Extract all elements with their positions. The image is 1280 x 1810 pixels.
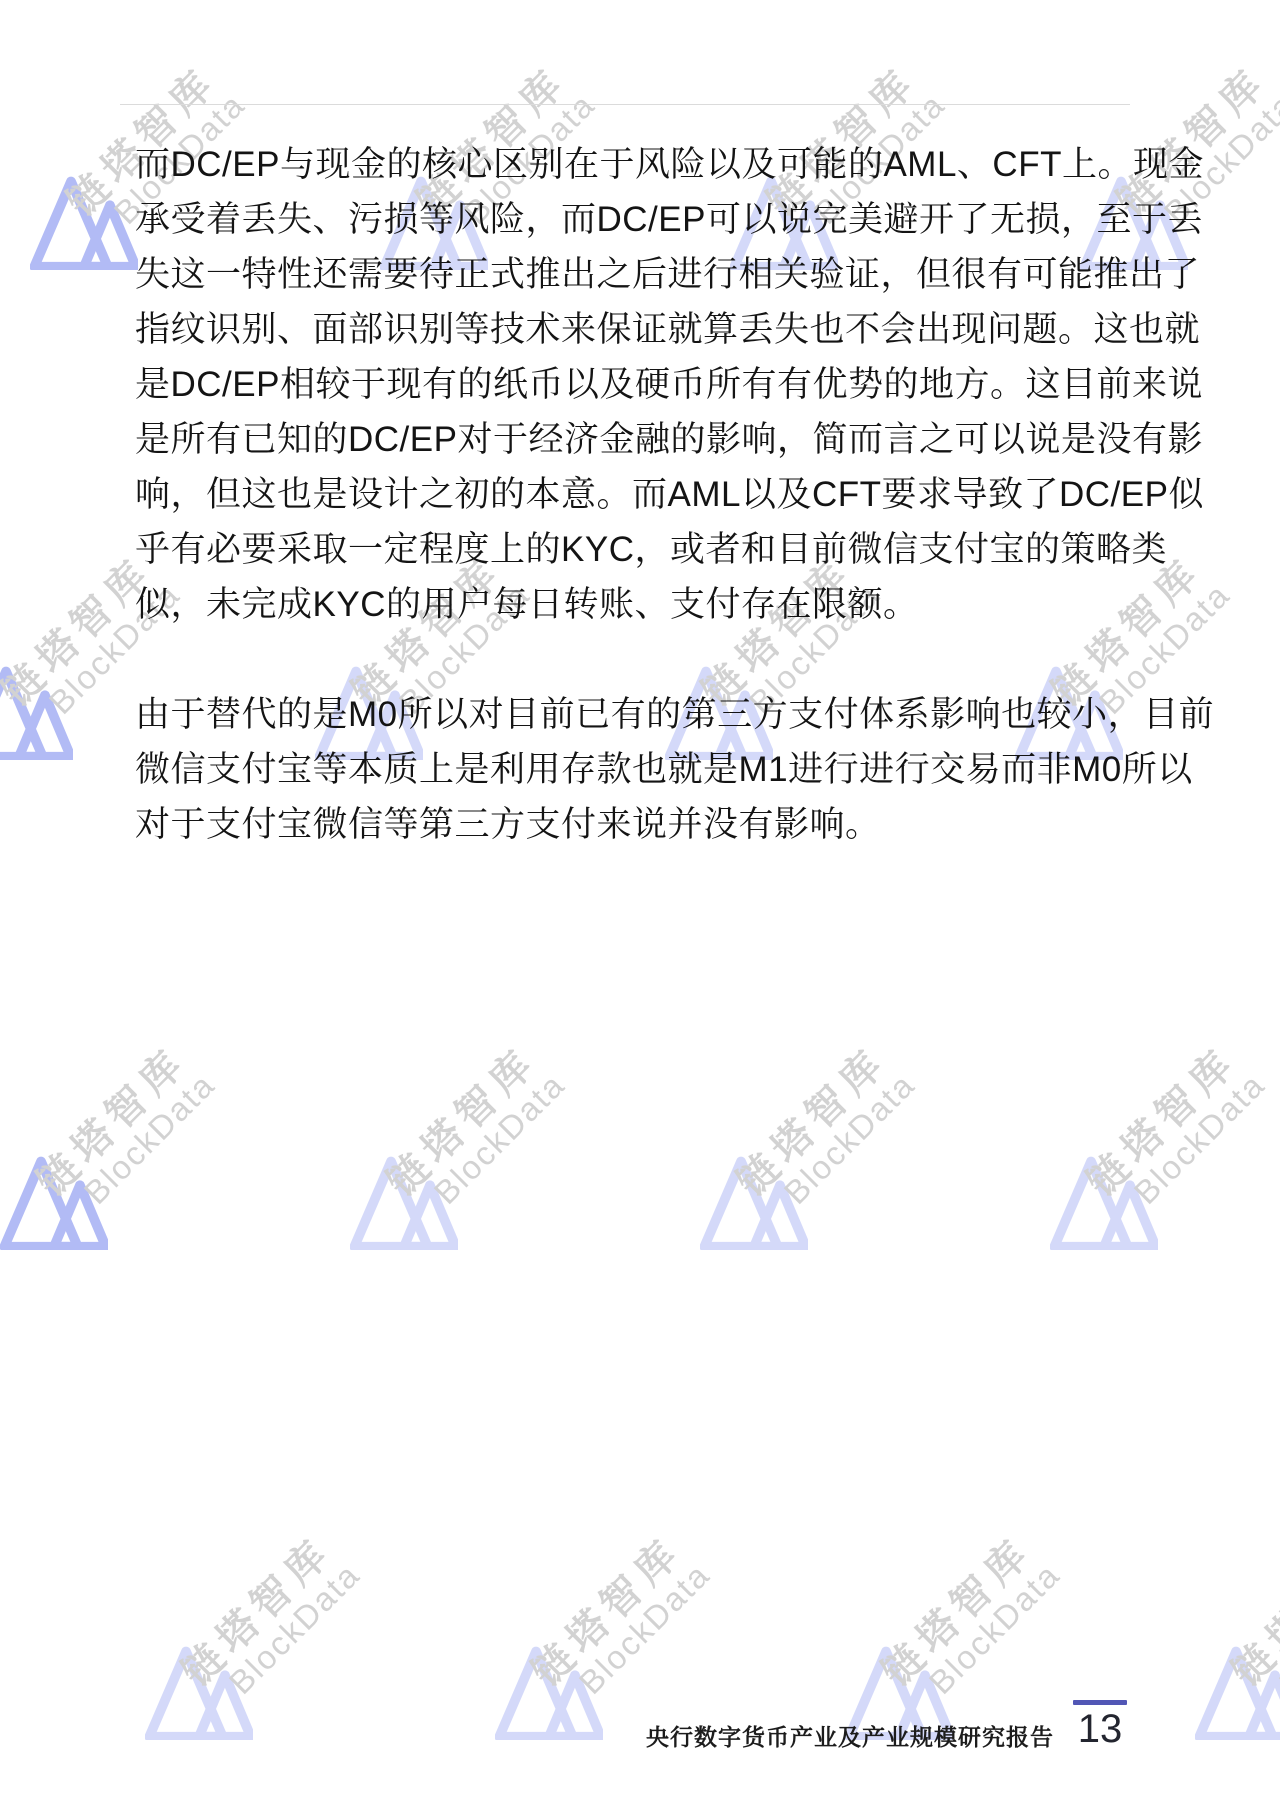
blockdata-logo-icon [1195, 1632, 1280, 1740]
blockdata-logo-icon [350, 1142, 458, 1250]
watermark-text: 链塔智库 BlockData [875, 1528, 1067, 1720]
watermark-cn-label: 链塔智库 [1225, 1528, 1280, 1695]
watermark-en-label: BlockData [778, 1067, 922, 1211]
blockdata-logo-icon [0, 1142, 108, 1250]
watermark-tile: 链塔智库 BlockData [145, 1430, 445, 1740]
text-line: 似，未完成KYC的用户每日转账、支付存在限额。 [135, 577, 1027, 632]
watermark-cn-label: 链塔智库 [525, 1528, 692, 1695]
watermark-tile: 链塔智库 BlockData [495, 1430, 795, 1740]
text-line: 微信支付宝等本质上是利用存款也就是M1进行进行交易而非M0所以 [135, 742, 1027, 797]
watermark-cn-label: 链塔智库 [730, 1038, 897, 1205]
blockdata-logo-icon [30, 162, 138, 270]
report-page: 链塔智库 BlockData 链塔智库 BlockData 链塔智库 Block… [0, 0, 1280, 1810]
watermark-text: 链塔智库 BlockData [730, 1038, 922, 1230]
watermark-cn-label: 链塔智库 [30, 1038, 197, 1205]
body-copy: 而DC/EP与现金的核心区别在于风险以及可能的AML、CFT上。现金承受着丢失、… [135, 137, 1027, 852]
watermark-en-label: BlockData [78, 1067, 222, 1211]
text-line: 对于支付宝微信等第三方支付来说并没有影响。 [135, 797, 1027, 852]
watermark-tile: 链塔智库 BlockData [1195, 1430, 1280, 1740]
watermark-cn-label: 链塔智库 [1045, 548, 1212, 715]
watermark-cn-label: 链塔智库 [380, 1038, 547, 1205]
watermark-en-label: BlockData [573, 1557, 717, 1701]
watermark-tile: 链塔智库 BlockData [0, 940, 300, 1250]
watermark-tile: 链塔智库 BlockData [1050, 940, 1280, 1250]
page-number: 13 [1072, 1707, 1128, 1751]
page-number-box: 13 [1072, 1700, 1128, 1751]
watermark-en-label: BlockData [428, 1067, 572, 1211]
text-line: 指纹识别、面部识别等技术来保证就算丢失也不会出现问题。这也就 [135, 302, 1027, 357]
watermark-en-label: BlockData [1128, 1067, 1272, 1211]
text-line: 是DC/EP相较于现有的纸币以及硬币所有有优势的地方。这目前来说 [135, 357, 1027, 412]
text-line: 乎有必要采取一定程度上的KYC，或者和目前微信支付宝的策略类 [135, 522, 1027, 577]
text-line: 是所有已知的DC/EP对于经济金融的影响，简而言之可以说是没有影 [135, 412, 1027, 467]
watermark-en-label: BlockData [923, 1557, 1067, 1701]
watermark-tile: 链塔智库 BlockData [350, 940, 650, 1250]
watermark-text: 链塔智库 BlockData [175, 1528, 367, 1720]
watermark-text: 链塔智库 BlockData [525, 1528, 717, 1720]
paragraph: 由于替代的是M0所以对目前已有的第三方支付体系影响也较小，目前微信支付宝等本质上… [135, 687, 1027, 852]
watermark-tile: 链塔智库 BlockData [700, 940, 1000, 1250]
watermark-tile: 链塔智库 BlockData [845, 1430, 1145, 1740]
text-line: 而DC/EP与现金的核心区别在于风险以及可能的AML、CFT上。现金 [135, 137, 1027, 192]
paragraph: 而DC/EP与现金的核心区别在于风险以及可能的AML、CFT上。现金承受着丢失、… [135, 137, 1027, 632]
blockdata-logo-icon [700, 1142, 808, 1250]
footer-report-title: 央行数字货币产业及产业规模研究报告 [646, 1719, 1054, 1752]
watermark-en-label: BlockData [1273, 1557, 1280, 1701]
watermark-text: 链塔智库 BlockData [1080, 1038, 1272, 1230]
header-divider [120, 104, 1130, 105]
text-line: 失这一特性还需要待正式推出之后进行相关验证，但很有可能推出了 [135, 247, 1027, 302]
blockdata-logo-icon [0, 652, 73, 760]
text-line: 由于替代的是M0所以对目前已有的第三方支付体系影响也较小，目前 [135, 687, 1027, 742]
watermark-cn-label: 链塔智库 [875, 1528, 1042, 1695]
page-number-accent-bar [1073, 1700, 1127, 1705]
watermark-en-label: BlockData [223, 1557, 367, 1701]
text-line: 响，但这也是设计之初的本意。而AML以及CFT要求导致了DC/EP似 [135, 467, 1027, 522]
blockdata-logo-icon [1050, 1142, 1158, 1250]
watermark-text: 链塔智库 BlockData [380, 1038, 572, 1230]
watermark-text: 链塔智库 BlockData [30, 1038, 222, 1230]
blockdata-logo-icon [145, 1632, 253, 1740]
watermark-cn-label: 链塔智库 [175, 1528, 342, 1695]
watermark-text: 链塔智库 BlockData [1225, 1528, 1280, 1720]
watermark-cn-label: 链塔智库 [1080, 1038, 1247, 1205]
text-line: 承受着丢失、污损等风险，而DC/EP可以说完美避开了无损，至于丢 [135, 192, 1027, 247]
blockdata-logo-icon [495, 1632, 603, 1740]
